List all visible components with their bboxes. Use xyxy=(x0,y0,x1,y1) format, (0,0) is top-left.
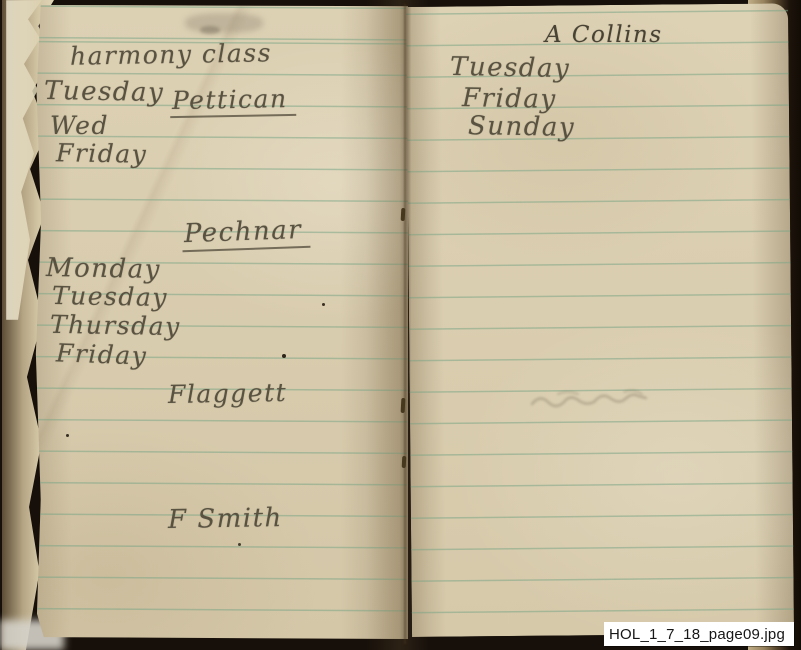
handwriting-heading-harmony-class: harmony class xyxy=(70,40,272,69)
handwriting-day: Wed xyxy=(50,113,109,138)
binding-stitch xyxy=(401,398,406,413)
ghost-show-through-writing xyxy=(528,382,674,414)
handwriting-day: Monday xyxy=(46,255,161,283)
handwriting-heading-a-collins: A Collins xyxy=(545,24,663,47)
centre-fold-crease xyxy=(404,4,406,644)
handwriting-name-smith: F Smith xyxy=(168,505,283,533)
handwriting-day: Thursday xyxy=(50,312,181,339)
ink-speck xyxy=(282,354,286,358)
filename-label-text: HOL_1_7_18_page09.jpg xyxy=(604,626,785,643)
binding-stitch xyxy=(402,456,407,468)
filename-label-bar: HOL_1_7_18_page09.jpg xyxy=(604,622,794,646)
ink-speck xyxy=(66,434,69,437)
handwriting-name-pechnar: Pechnar xyxy=(181,217,310,252)
scanned-notebook-photo: { "photo": { "description_label": "open … xyxy=(0,0,801,650)
handwriting-day: Tuesday xyxy=(52,283,168,310)
ink-speck xyxy=(238,543,241,546)
pencil-smudge xyxy=(185,13,263,33)
handwriting-day: Tuesday xyxy=(450,54,571,82)
pencil-smudge xyxy=(200,26,220,34)
handwriting-name-pettican: Pettican xyxy=(170,86,296,118)
handwriting-day: Friday xyxy=(462,85,557,113)
ink-speck xyxy=(322,303,325,306)
handwriting-day: Tuesday xyxy=(44,78,165,106)
binding-stitch xyxy=(401,208,406,221)
handwriting-day: Sunday xyxy=(468,113,576,141)
handwriting-day: Friday xyxy=(56,140,148,167)
handwriting-name-flaggett: Flaggett xyxy=(168,380,288,407)
handwriting-day: Friday xyxy=(56,340,148,368)
